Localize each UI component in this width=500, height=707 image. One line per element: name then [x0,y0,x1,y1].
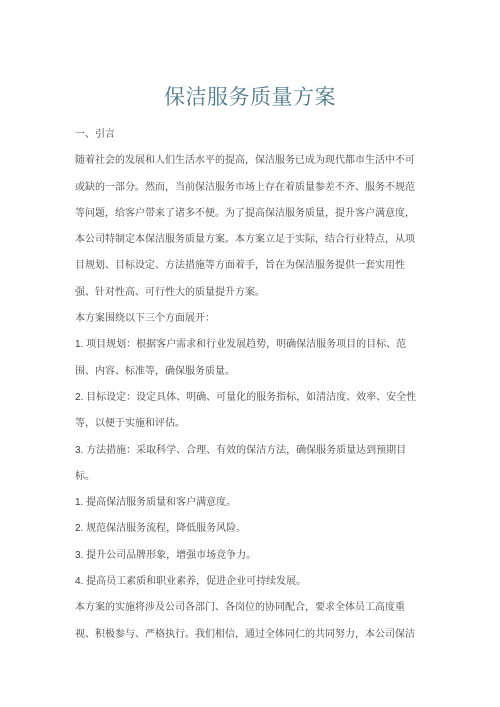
document-page: 保洁服务质量方案 一、引言 随着社会的发展和人们生活水平的提高，保洁服务已成为现… [0,0,500,707]
text-line: 本方案的实施将涉及公司各部门、各岗位的协同配合，要求全体员工高度重 [75,595,425,621]
text-line: 视、积极参与、严格执行。我们相信，通过全体同仁的共同努力，本公司保洁 [75,622,425,648]
text-line: 1. 项目规划：根据客户需求和行业发展趋势，明确保洁服务项目的目标、范 [75,332,425,358]
document-title: 保洁服务质量方案 [0,84,500,112]
text-line: 等，以便于实施和评估。 [75,411,425,437]
text-line: 本方案围绕以下三个方面展开： [75,306,425,332]
text-line: 3. 方法措施：采取科学、合理、有效的保洁方法，确保服务质量达到预期目 [75,438,425,464]
document-body: 随着社会的发展和人们生活水平的提高，保洁服务已成为现代都市生活中不可或缺的一部分… [75,148,425,648]
text-line: 3. 提升公司品牌形象，增强市场竞争力。 [75,543,425,569]
text-line: 围、内容、标准等，确保服务质量。 [75,359,425,385]
document-content: 一、引言 随着社会的发展和人们生活水平的提高，保洁服务已成为现代都市生活中不可或… [75,122,425,648]
text-line: 2. 目标设定：设定具体、明确、可量化的服务指标，如清洁度、效率、安全性 [75,385,425,411]
text-line: 强、针对性高、可行性大的质量提升方案。 [75,280,425,306]
text-line: 等问题，给客户带来了诸多不便。为了提高保洁服务质量，提升客户满意度， [75,201,425,227]
text-line: 标。 [75,464,425,490]
text-line: 4. 提高员工素质和职业素养，促进企业可持续发展。 [75,569,425,595]
text-line: 或缺的一部分。然而，当前保洁服务市场上存在着质量参差不齐、服务不规范 [75,175,425,201]
text-line: 1. 提高保洁服务质量和客户满意度。 [75,490,425,516]
section-heading: 一、引言 [75,122,425,148]
text-line: 本公司特制定本保洁服务质量方案。本方案立足于实际，结合行业特点，从项 [75,227,425,253]
text-line: 随着社会的发展和人们生活水平的提高，保洁服务已成为现代都市生活中不可 [75,148,425,174]
text-line: 目规划、目标设定、方法措施等方面着手，旨在为保洁服务提供一套实用性 [75,253,425,279]
text-line: 2. 规范保洁服务流程，降低服务风险。 [75,516,425,542]
